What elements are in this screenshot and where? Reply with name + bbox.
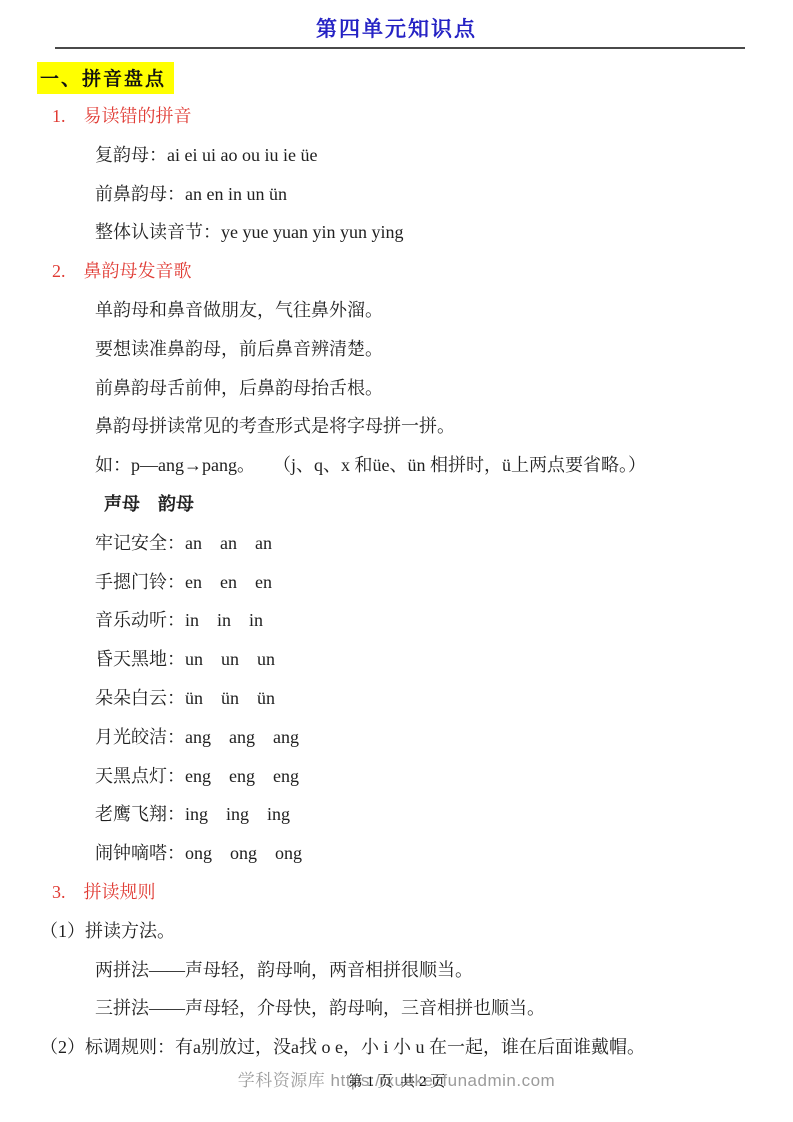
line-final-en: 手摁门铃：en en en: [0, 563, 793, 602]
page-number: 第 1 页 共 2 页: [0, 1070, 793, 1091]
document-page: 第四单元知识点 一、拼音盘点 1. 易读错的拼音 复韵母：ai ei ui ao…: [0, 0, 793, 1122]
line-final-un: 昏天黑地：un un un: [0, 640, 793, 679]
line-final-eng: 天黑点灯：eng eng eng: [0, 757, 793, 796]
line-song-verse-1: 单韵母和鼻音做朋友，气往鼻外溜。: [0, 291, 793, 330]
line-rule-1-spelling-methods: （1）拼读方法。: [0, 912, 793, 951]
line-song-verse-2: 要想读准鼻韵母，前后鼻音辨清楚。: [0, 330, 793, 369]
line-two-letter-spelling: 两拼法——声母轻，韵母响，两音相拼很顺当。: [0, 951, 793, 990]
line-final-an: 牢记安全：an an an: [0, 524, 793, 563]
subheading-2-nasal-final-song: 2. 鼻韵母发音歌: [0, 252, 793, 291]
line-compound-finals: 复韵母：ai ei ui ao ou iu ie üe: [0, 136, 793, 175]
line-rule-2-tone-marking: （2）标调规则：有a别放过，没a找 o e，小 i 小 u 在一起，谁在后面谁戴…: [0, 1028, 793, 1067]
line-song-verse-3: 前鼻韵母舌前伸，后鼻韵母抬舌根。: [0, 369, 793, 408]
line-three-letter-spelling: 三拼法——声母轻，介母快，韵母响，三音相拼也顺当。: [0, 989, 793, 1028]
page-title: 第四单元知识点: [0, 13, 793, 43]
line-final-vn: 朵朵白云：ün ün ün: [0, 679, 793, 718]
section-heading-pinyin-inventory: 一、拼音盘点: [37, 62, 174, 94]
subheading-1-error-prone-pinyin: 1. 易读错的拼音: [0, 97, 793, 136]
line-exam-form-note: 鼻韵母拼读常见的考查形式是将字母拼一拼。: [0, 407, 793, 446]
subheading-3-spelling-rules: 3. 拼读规则: [0, 873, 793, 912]
line-front-nasal-finals: 前鼻韵母：an en in un ün: [0, 175, 793, 214]
line-shengmu-yunmu-label: 声母 韵母: [0, 485, 793, 524]
line-final-in: 音乐动听：in in in: [0, 601, 793, 640]
document-body: 1. 易读错的拼音 复韵母：ai ei ui ao ou iu ie üe 前鼻…: [0, 97, 793, 1067]
line-whole-recognized-syllables: 整体认读音节：ye yue yuan yin yun ying: [0, 213, 793, 252]
header-divider: [55, 47, 745, 49]
line-spelling-example: 如：p—ang→pang。 （j、q、x 和üe、ün 相拼时，ü上两点要省略。…: [0, 446, 793, 485]
line-final-ong: 闹钟嘀嗒：ong ong ong: [0, 834, 793, 873]
section-heading-wrap: 一、拼音盘点: [37, 62, 793, 90]
line-final-ing: 老鹰飞翔：ing ing ing: [0, 795, 793, 834]
line-final-ang: 月光皎洁：ang ang ang: [0, 718, 793, 757]
page-footer: 学科资源库 https://xuekezfunadmin.com 第 1 页 共…: [0, 1064, 793, 1098]
